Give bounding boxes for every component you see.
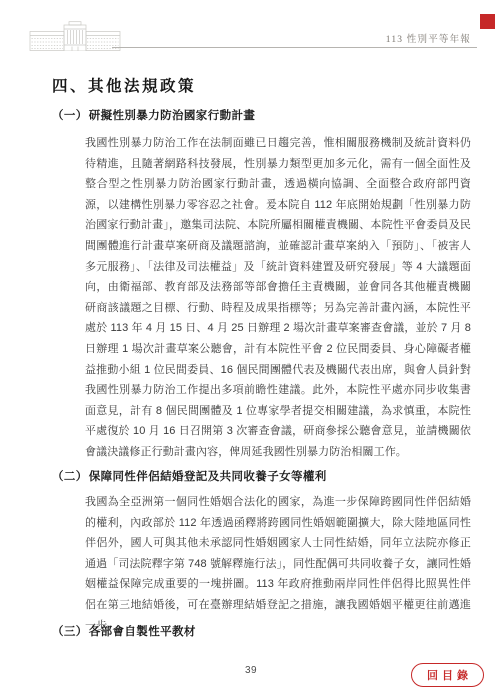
yearbook-title: 113 性別平等年報 <box>386 31 471 45</box>
section-2-number: （二） <box>52 471 88 483</box>
section-1-heading: （一）研擬性別暴力防治國家行動計畫 <box>52 108 255 124</box>
section-1-body: 我國性別暴力防治工作在法制面雖已日趨完善，惟相關服務機制及統計資料仍待精進，且隨… <box>85 133 471 463</box>
section-1-title: 研擬性別暴力防治國家行動計畫 <box>89 110 256 122</box>
section-1-number: （一） <box>52 110 88 122</box>
government-building-illustration <box>29 21 121 51</box>
section-3-number: （三） <box>52 626 88 638</box>
section-3-heading: （三）各部會自製性平教材 <box>52 624 196 640</box>
header-divider <box>112 47 477 48</box>
page-title: 四、其他法規政策 <box>52 74 196 96</box>
red-corner-tab <box>480 14 495 29</box>
section-2-body: 我國為全亞洲第一個同性婚姻合法化的國家，為進一步保障跨國同性伴侶結婚的權利，內政… <box>85 492 471 636</box>
section-2-title: 保障同性伴侶結婚登記及共同收養子女等權利 <box>89 471 327 483</box>
back-to-toc-button[interactable]: 回目錄 <box>411 663 484 687</box>
document-page: 113 性別平等年報 四、其他法規政策 （一）研擬性別暴力防治國家行動計畫 我國… <box>0 0 502 700</box>
section-2-heading: （二）保障同性伴侶結婚登記及共同收養子女等權利 <box>52 469 327 485</box>
section-3-title: 各部會自製性平教材 <box>89 626 196 638</box>
